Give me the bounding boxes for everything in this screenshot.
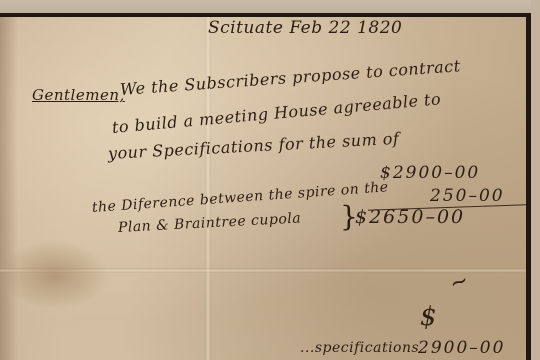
photo-mat-right <box>531 0 540 360</box>
dollar-flourish: $ <box>420 302 437 332</box>
place-date-heading: Scituate Feb 22 1820 <box>208 18 402 38</box>
base-sum-amount: $2900–00 <box>380 163 480 183</box>
difference-amount: 250–00 <box>430 186 505 206</box>
vertical-fold-crease <box>205 17 211 360</box>
water-stain <box>0 240 110 310</box>
salutation: Gentlemen, <box>32 86 125 104</box>
total-amount: $2650–00 <box>355 206 465 228</box>
lower-repeat-amount: 2900–00 <box>418 338 505 358</box>
lower-partial-text: ...specifications <box>300 340 419 356</box>
frame-edge-top <box>0 13 530 17</box>
